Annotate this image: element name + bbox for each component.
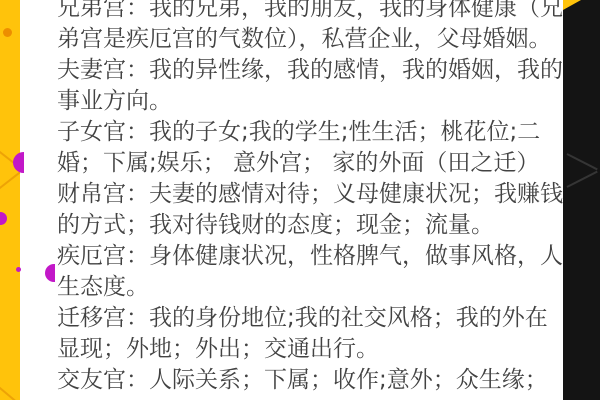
text-line: 财帛宫：夫妻的感情对待；义母健康状况；我赚钱	[57, 179, 563, 210]
chevron-pattern-icon	[567, 171, 598, 188]
text-line: 兄弟宫：我的兄弟，我的朋友，我的身体健康（兄	[57, 0, 563, 24]
text-line: 显现；外地；外出；交通出行。	[57, 334, 563, 365]
text-line: 生态度。	[57, 272, 563, 303]
text-line: 疾厄宫：身体健康状况，性格脾气，做事风格，人	[57, 241, 563, 272]
diagonal-pattern-icon	[0, 382, 21, 400]
right-decor-strip	[563, 0, 600, 400]
diagonal-pattern-icon	[0, 172, 20, 192]
text-line: 事业方向。	[57, 86, 563, 117]
page: 兄弟宫：我的兄弟，我的朋友，我的身体健康（兄 弟宫是疾厄宫的气数位），私营企业，…	[0, 0, 600, 400]
orange-dot-icon	[3, 28, 12, 37]
text-line: 交友官：人际关系；下属；收作;意外；众生缘；	[57, 365, 563, 396]
text-line: 迁移宫：我的身份地位;我的社交风格；我的外在	[57, 303, 563, 334]
magenta-tiny-dot-icon	[16, 267, 21, 272]
text-line: 夫妻宫：我的异性缘，我的感情，我的婚姻，我的	[57, 55, 563, 86]
article-text: 兄弟宫：我的兄弟，我的朋友，我的身体健康（兄 弟宫是疾厄宫的气数位），私营企业，…	[57, 0, 563, 396]
article-card: 兄弟宫：我的兄弟，我的朋友，我的身体健康（兄 弟宫是疾厄宫的气数位），私营企业，…	[55, 0, 563, 400]
text-line: 弟宫是疾厄宫的气数位），私营企业，父母婚姻。	[57, 24, 563, 55]
chevron-pattern-icon	[567, 153, 598, 170]
left-decor-strip	[0, 0, 20, 400]
magenta-clipped-dot-icon	[45, 264, 55, 282]
text-line: 婚；下属;娱乐； 意外宫； 家的外面（田之迁）	[57, 148, 563, 179]
corner-wedge-icon	[563, 0, 581, 10]
text-line: 的方式；我对待钱财的态度；现金；流量。	[57, 210, 563, 241]
text-line: 子女官：我的子女;我的学生;性生活；桃花位;二	[57, 117, 563, 148]
